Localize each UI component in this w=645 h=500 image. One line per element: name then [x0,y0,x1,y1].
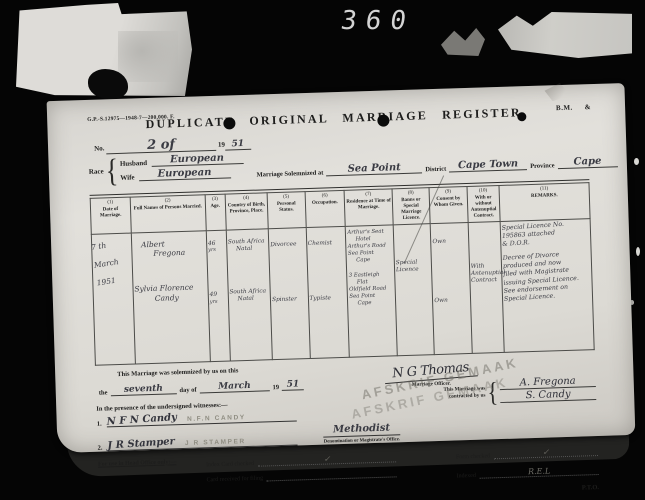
film-smudge [118,31,178,82]
race-brace: { [105,152,119,190]
col-header-occupation: (6)Occupation. [305,190,346,227]
cell-antenuptial: With Antenuptial Contract [468,221,505,353]
day-value: seventh [110,383,176,396]
form-series-code: B.M.& [556,103,591,112]
frame-counter: 360 [339,6,417,36]
husband-race-value: European [151,153,243,167]
cell-residence: Arthur's Seat Hotel Arthur's Road Sea Po… [346,224,397,356]
race-block: Race { HusbandEuropean WifeEuropean [88,152,243,187]
wife-signature: S. Candy [500,389,596,403]
declaration-section: This Marriage was solemnized by us on th… [95,356,599,500]
film-glare-top-right [498,12,632,58]
col-header-date: (1)Date of Marriage. [90,197,131,234]
no-label: No. [94,144,105,152]
marriage-register-document: G.P.-S.12975—1948-7—200,000. F. B.M.& DU… [47,83,636,453]
year-value: 51 [282,379,304,391]
province-label: Province [530,162,555,170]
indexed-mark: R.E.L [528,466,551,476]
solemnized-label: Marriage Solemnized at [256,170,323,179]
series-code-text: B.M. [556,104,573,113]
month-value: March [199,380,269,393]
district-value: Cape Town [449,159,527,172]
form-checked-line: Form checked ✓ [456,446,598,460]
witness-2-printed-name: J R STAMPER [185,439,246,447]
film-speck [634,158,639,165]
witness-1-printed-name: N.F.N CANDY [187,415,246,423]
witness-1-signature: N F N Candy [106,413,177,428]
col-header-names: (2)Full Names of Persons Married. [130,194,206,232]
punch-hole [377,114,389,126]
col-header-status: (5)Personal Status. [267,191,306,228]
film-artifact-top-right [441,28,485,56]
col-header-remarks: (11)REMARKS. [499,182,590,221]
index-card-mark: ✓ [323,454,330,463]
col-header-age: (3)Age. [205,194,226,231]
cell-occupation: Chemist Typiste [306,226,350,358]
register-table: (1)Date of Marriage. (2)Full Names of Pe… [90,179,595,365]
cell-birth: South Africa Natal South Africa Natal [226,228,273,360]
col-header-birth: (4)Country of Birth, Province, Place. [225,192,269,229]
pto-label: P.T.O. [457,484,599,495]
wife-label: Wife [120,173,135,181]
province-value: Cape [557,156,617,169]
cell-status: Divorcee Spinster [268,227,310,359]
wife-race-value: European [138,167,230,181]
cell-names: Albert Fregona Sylvia Florence Candy [131,230,210,363]
cell-banns: Special Licence [393,223,435,355]
col-header-antenuptial: (10)With or without Antenuptial Contract… [467,185,501,222]
register-entry-row: 7 th March 1951 Albert Fregona Sylvia Fl… [91,218,594,365]
denomination-value: Methodist [323,422,400,437]
index-card-checked-line: Index Card checked ✓ [206,452,396,468]
denomination-label: Denomination or Magistrate's Office. [324,437,401,444]
cell-consent: Own Own [430,222,472,354]
husband-label: Husband [120,159,147,168]
microfilm-frame: 360 G.P.-S.12975—1948-7—200,000. F. B.M.… [0,0,645,500]
register-number-value: 2 of [106,137,216,154]
form-checked-mark: ✓ [542,447,549,456]
film-speck [636,247,640,256]
head-office-label: For use in Head Office only:— [98,458,206,467]
denomination-block: Methodist Denomination or Magistrate's O… [323,422,401,444]
head-office-section: For use in Head Office only:— Index Card… [98,446,599,500]
cell-remarks: Special Licence No. 195863 attached & D.… [500,218,594,352]
col-header-residence: (7)Residence at Time of Marriage. [344,188,392,225]
solemnized-place-value: Sea Point [326,162,422,176]
register-year-value: 51 [225,140,251,151]
race-label: Race [89,167,104,175]
solemnized-line: Marriage Solemnized at Sea Point Distric… [253,156,617,178]
witness-2-signature: J R Stamper [107,437,175,451]
indexed-line: Indexed R.E.L [456,465,598,479]
district-label: District [425,166,446,174]
card-received-line: Card received for filing [206,471,396,483]
series-code-suffix: & [585,103,592,111]
